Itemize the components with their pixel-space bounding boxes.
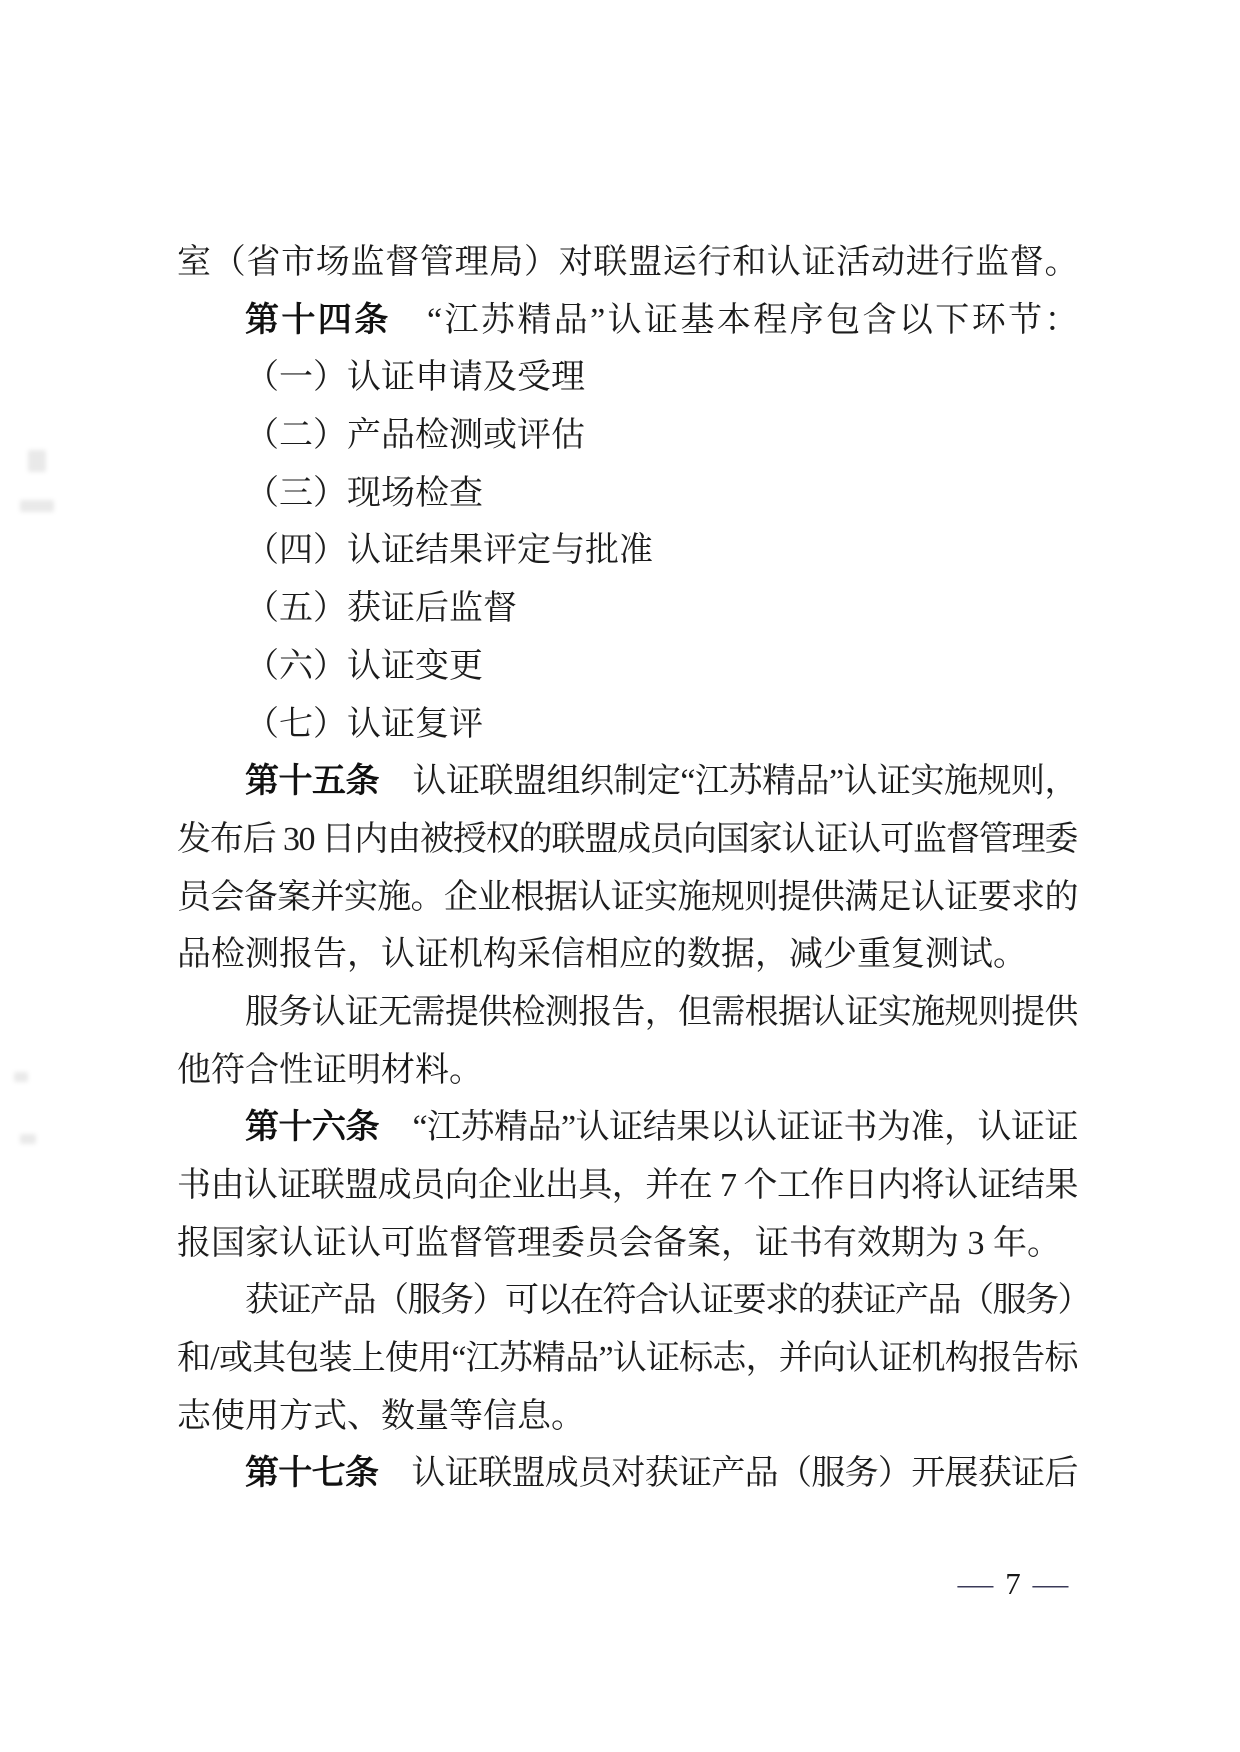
text-run: （五）获证后监督 [245,590,517,627]
scan-speck [20,1134,36,1144]
text-line: 第十六条 “江苏精品”认证结果以认证证书为准，认证证 [177,1099,1077,1157]
page-number-left-dash: — [958,1562,994,1606]
text-line: 第十四条 “江苏精品”认证基本程序包含以下环节： [177,292,1077,350]
text-line: 他符合性证明材料。 [177,1042,1077,1100]
text-line: （一）认证申请及受理 [177,349,1077,407]
text-line: 发布后 30 日内由被授权的联盟成员向国家认证认可监督管理委 [177,811,1077,869]
article-heading: 第十四条 [245,301,391,339]
article-heading: 第十七条 [245,1454,378,1492]
text-line: 第十七条 认证联盟成员对获证产品（服务）开展获证后监 [177,1445,1077,1503]
text-run: 服务认证无需提供检测报告，但需根据认证实施规则提供其 [245,994,1077,1042]
text-run: 品检测报告，认证机构采信相应的数据，减少重复测试。 [177,936,1027,973]
text-run: （二）产品检测或评估 [245,417,585,454]
text-line: （六）认证变更 [177,638,1077,696]
text-run: （四）认证结果评定与批准 [245,532,653,569]
text-line: 报国家认证认可监督管理委员会备案，证书有效期为 3 年。 [177,1215,1077,1273]
text-run: 书由认证联盟成员向企业出具，并在 7 个工作日内将认证结果上 [177,1167,1077,1215]
text-run: 他符合性证明材料。 [177,1052,483,1089]
text-line: 员会备案并实施。企业根据认证实施规则提供满足认证要求的产 [177,869,1077,927]
text-line: 书由认证联盟成员向企业出具，并在 7 个工作日内将认证结果上 [177,1157,1077,1215]
text-run: 和/或其包装上使用“江苏精品”认证标志，并向认证机构报告标 [177,1340,1077,1377]
text-line: （七）认证复评 [177,696,1077,754]
scan-speck [14,1072,28,1082]
text-run: 志使用方式、数量等信息。 [177,1398,585,1435]
text-run: （七）认证复评 [245,706,483,743]
text-run: “江苏精品”认证基本程序包含以下环节： [391,302,1077,339]
text-run: （三）现场检查 [245,475,483,512]
article-heading: 第十六条 [245,1108,379,1146]
text-line: 室（省市场监督管理局）对联盟运行和认证活动进行监督。 [177,234,1077,292]
text-line: （二）产品检测或评估 [177,407,1077,465]
text-run: 获证产品（服务）可以在符合认证要求的获证产品（服务） [245,1282,1077,1319]
page-number-value: 7 [1005,1562,1021,1606]
text-run: 认证联盟组织制定“江苏精品”认证实施规则， [379,763,1077,800]
text-run: 室（省市场监督管理局）对联盟运行和认证活动进行监督。 [177,244,1077,281]
text-run: 发布后 30 日内由被授权的联盟成员向国家认证认可监督管理委 [177,821,1077,858]
text-line: （五）获证后监督 [177,580,1077,638]
text-run: （一）认证申请及受理 [245,359,585,396]
page-number-right-dash: — [1032,1562,1068,1606]
scan-speck [20,500,54,512]
text-line: （三）现场检查 [177,465,1077,523]
article-heading: 第十五条 [245,762,379,800]
text-line: 品检测报告，认证机构采信相应的数据，减少重复测试。 [177,926,1077,984]
scan-speck [28,450,46,472]
text-line: 获证产品（服务）可以在符合认证要求的获证产品（服务） [177,1272,1077,1330]
page-number: — 7 — [913,1562,1113,1606]
text-run: （六）认证变更 [245,648,483,685]
text-line: 服务认证无需提供检测报告，但需根据认证实施规则提供其 [177,984,1077,1042]
text-line: 和/或其包装上使用“江苏精品”认证标志，并向认证机构报告标 [177,1330,1077,1388]
text-run: “江苏精品”认证结果以认证证书为准，认证证 [379,1109,1077,1146]
text-line: 志使用方式、数量等信息。 [177,1388,1077,1446]
text-run: 报国家认证认可监督管理委员会备案，证书有效期为 3 年。 [177,1225,1061,1262]
text-line: （四）认证结果评定与批准 [177,522,1077,580]
document-page: 室（省市场监督管理局）对联盟运行和认证活动进行监督。第十四条 “江苏精品”认证基… [0,0,1240,1752]
text-line: 第十五条 认证联盟组织制定“江苏精品”认证实施规则， [177,753,1077,811]
text-run: 员会备案并实施。企业根据认证实施规则提供满足认证要求的产 [177,879,1077,927]
text-block: 室（省市场监督管理局）对联盟运行和认证活动进行监督。第十四条 “江苏精品”认证基… [177,234,1077,1503]
